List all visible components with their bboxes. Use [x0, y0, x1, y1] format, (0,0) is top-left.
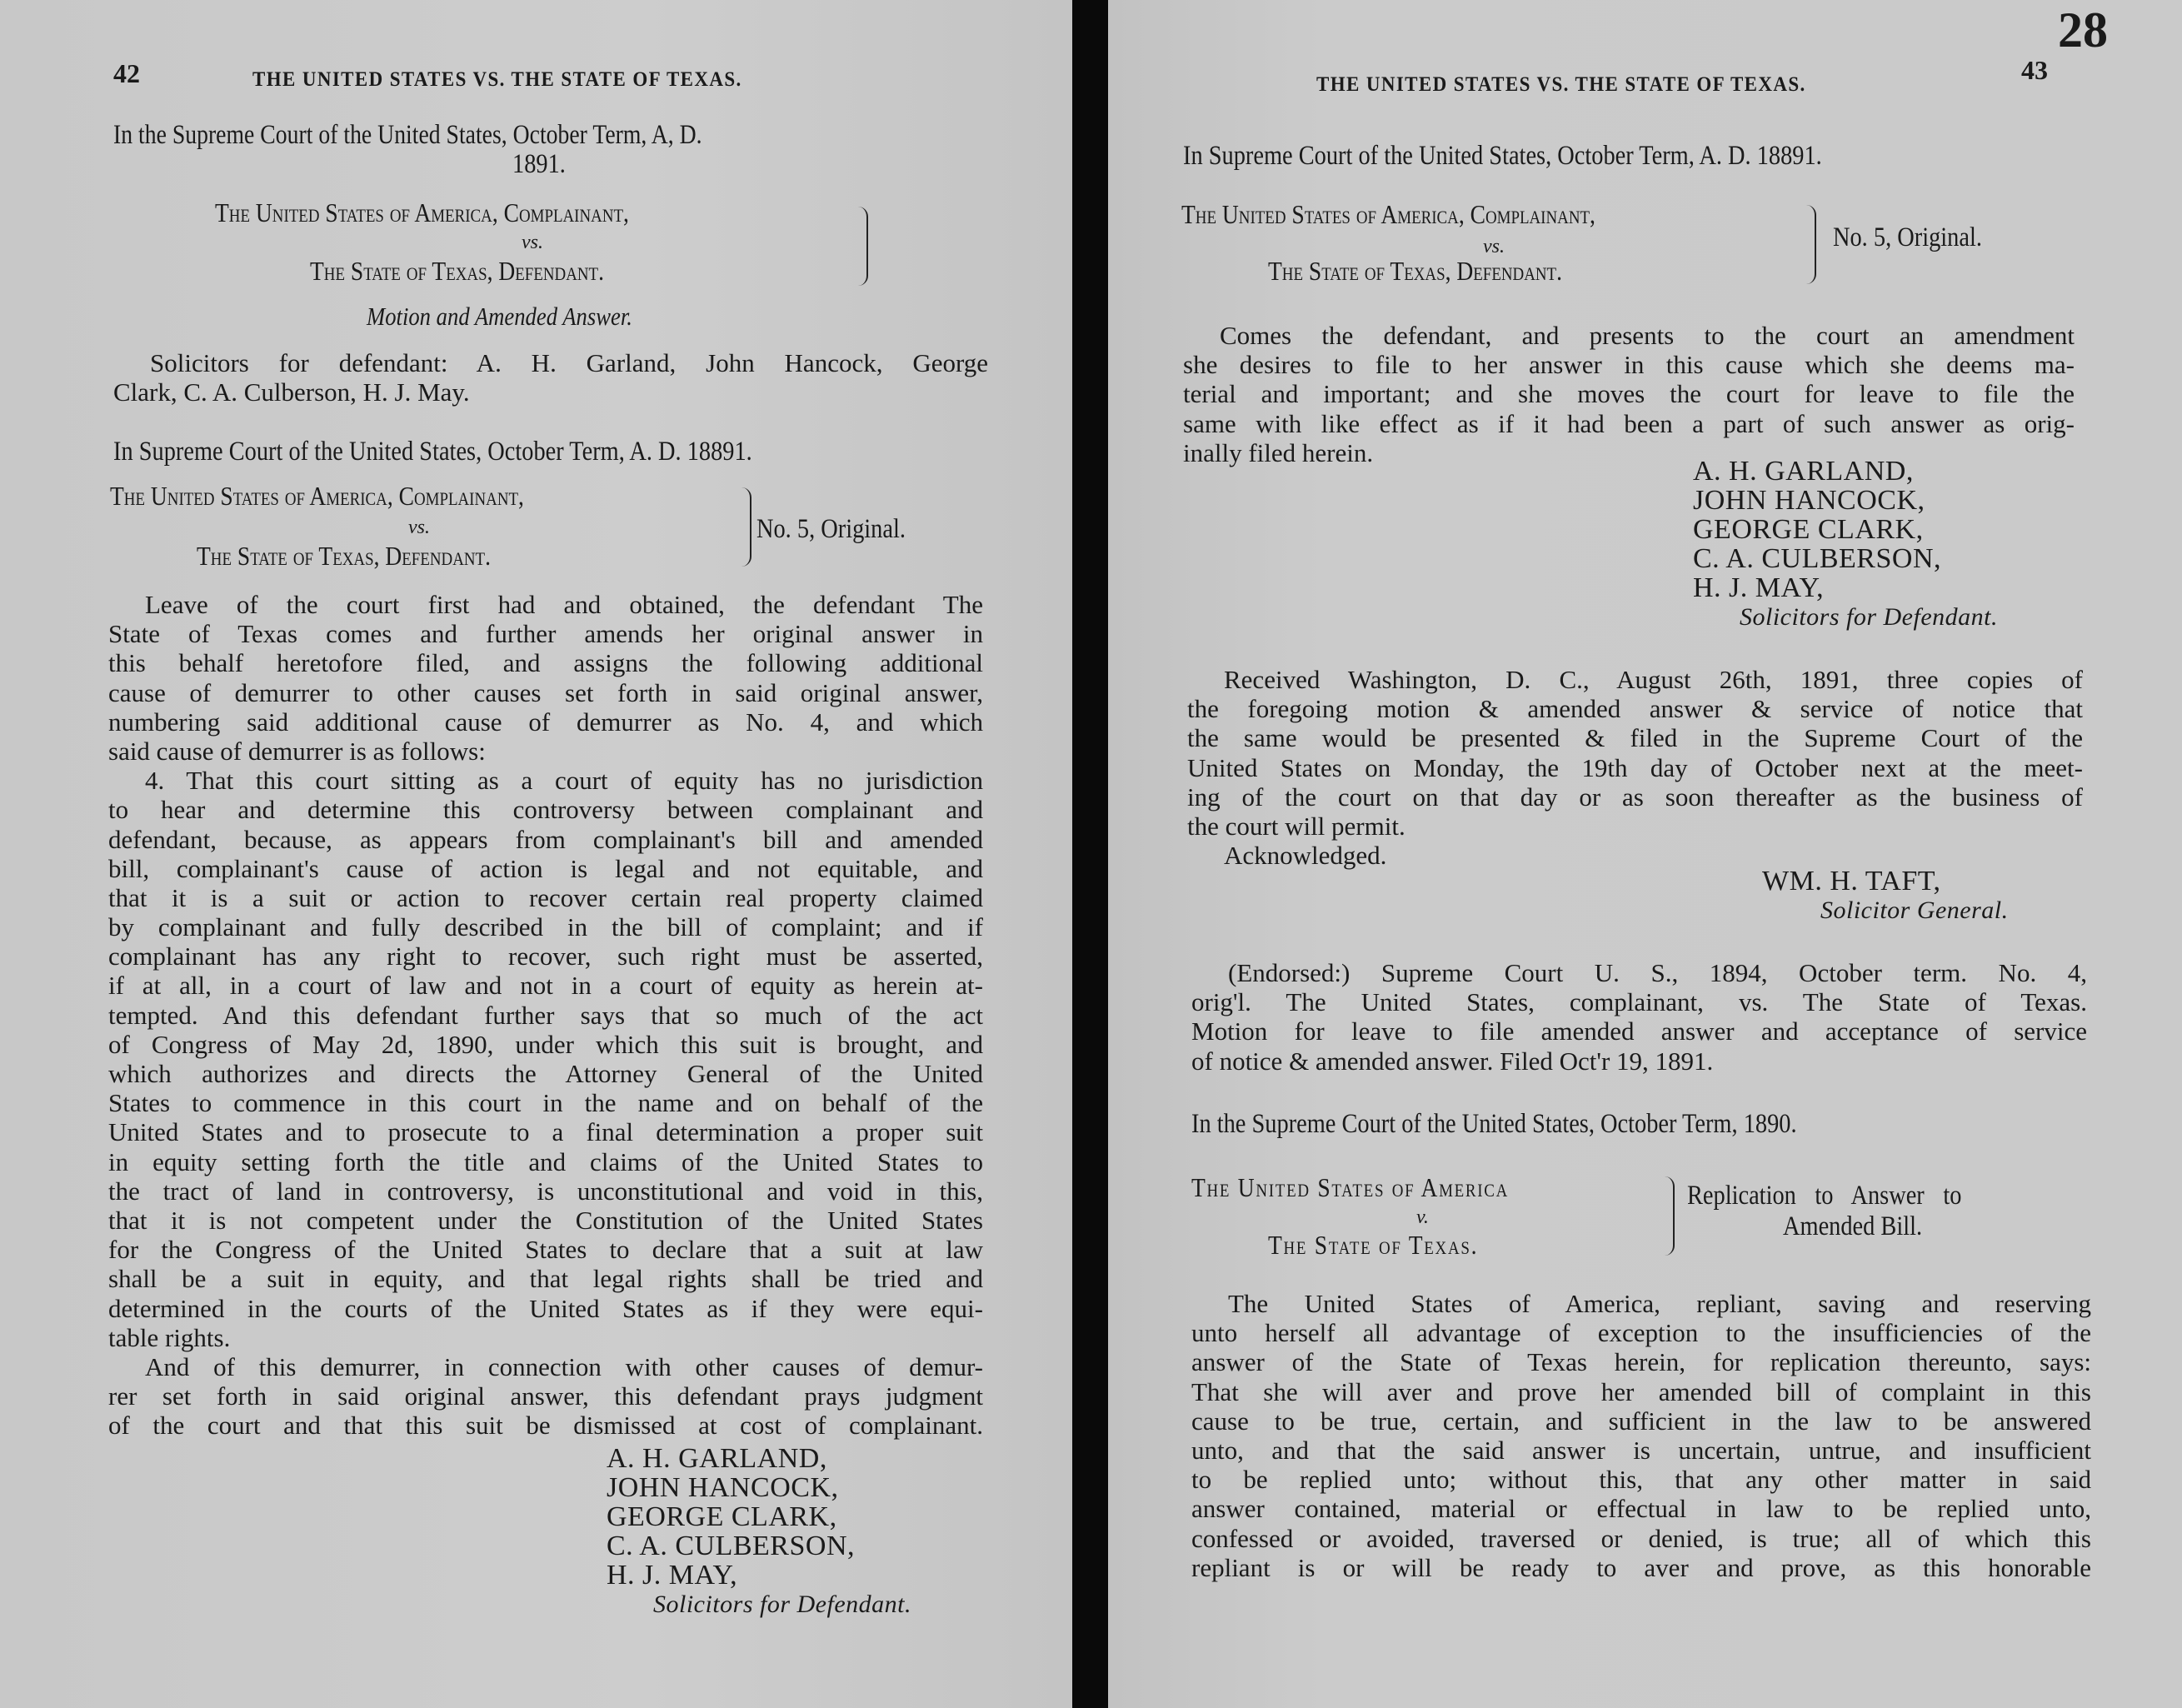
left-page: 42 THE UNITED STATES VS. THE STATE OF TE… — [0, 0, 1072, 1708]
text-line: Received Washington, D. C., August 26th,… — [1187, 665, 2083, 694]
text-line: said cause of demurrer is as follows: — [108, 737, 983, 766]
case-number: No. 5, Original. — [756, 515, 906, 544]
replication-paragraph: The United States of America, repliant, … — [1191, 1289, 2091, 1582]
running-head: THE UNITED STATES VS. THE STATE OF TEXAS… — [1316, 73, 1806, 97]
text-line: Leave of the court first had and obtaine… — [108, 590, 983, 619]
replication-title-2: Amended Bill. — [1783, 1212, 1922, 1241]
text-line: answer of the State of Texas herein, for… — [1191, 1347, 2091, 1376]
vs-label: vs. — [522, 232, 543, 254]
court-line: In Supreme Court of the United States, O… — [1183, 142, 1822, 171]
complainant-line: The United States of America, Complainan… — [215, 198, 629, 227]
text-line: table rights. — [108, 1323, 983, 1352]
solicitors-paragraph: Solicitors for defendant: A. H. Garland,… — [113, 348, 988, 407]
text-line: of notice & amended answer. Filed Oct'r … — [1191, 1046, 2087, 1076]
brace — [741, 487, 751, 567]
text-line: 4. That this court sitting as a court of… — [108, 766, 983, 795]
vs-label: vs. — [1483, 236, 1505, 258]
signatory: C. A. CULBERSON, — [1693, 544, 1998, 573]
text-line: she desires to file to her answer in thi… — [1183, 350, 2075, 379]
endorsement-paragraph: (Endorsed:) Supreme Court U. S., 1894, O… — [1191, 958, 2087, 1076]
signatory: GEORGE CLARK, — [607, 1502, 911, 1531]
stamp-number: 28 — [2058, 2, 2108, 59]
text-line: the same would be presented & filed in t… — [1187, 723, 2083, 752]
signatory: H. J. MAY, — [607, 1561, 911, 1590]
text-line: orig'l. The United States, complainant, … — [1191, 987, 2087, 1016]
text-line: Solicitors for defendant: A. H. Garland,… — [113, 348, 988, 377]
vs-label-2: vs. — [408, 517, 430, 539]
text-line: defendant, because, as appears from comp… — [108, 825, 983, 854]
running-head: THE UNITED STATES VS. THE STATE OF TEXAS… — [252, 68, 742, 92]
text-line: that it is not competent under the Const… — [108, 1206, 983, 1235]
receipt-paragraph: Received Washington, D. C., August 26th,… — [1187, 665, 2083, 870]
text-line: in equity setting forth the title and cl… — [108, 1147, 983, 1176]
signature-block: A. H. GARLAND, JOHN HANCOCK, GEORGE CLAR… — [1693, 457, 1998, 632]
signatory-role: Solicitors for Defendant. — [607, 1590, 911, 1619]
page-number: 43 — [2021, 55, 2048, 86]
defendant-line-2: The State of Texas. — [1268, 1231, 1478, 1260]
page-number: 42 — [113, 58, 140, 89]
text-line: Comes the defendant, and presents to the… — [1183, 321, 2075, 350]
text-line: shall be a suit in equity, and that lega… — [108, 1264, 983, 1293]
text-line: (Endorsed:) Supreme Court U. S., 1894, O… — [1191, 958, 2087, 987]
text-line: to be replied unto; without this, that a… — [1191, 1465, 2091, 1494]
text-line: unto, and that the said answer is uncert… — [1191, 1436, 2091, 1465]
signatory: C. A. CULBERSON, — [607, 1531, 911, 1561]
text-line: United States and to prosecute to a fina… — [108, 1117, 983, 1146]
acknowledger-name: WM. H. TAFT, — [1762, 866, 2009, 896]
text-line: Clark, C. A. Culberson, H. J. May. — [113, 377, 988, 407]
text-line: the foregoing motion & amended answer & … — [1187, 694, 2083, 723]
signatory: GEORGE CLARK, — [1693, 515, 1998, 544]
brace — [1806, 205, 1816, 284]
text-line: United States on Monday, the 19th day of… — [1187, 753, 2083, 782]
court-line: In the Supreme Court of the United State… — [113, 121, 702, 150]
defendant-line: The State of Texas, Defendant. — [310, 257, 604, 286]
text-line: Motion for leave to file amended answer … — [1191, 1016, 2087, 1046]
text-line: numbering said additional cause of demur… — [108, 707, 983, 737]
acknowledger-block: WM. H. TAFT, Solicitor General. — [1762, 866, 2009, 925]
brace — [1665, 1176, 1675, 1256]
text-line: cause to be true, certain, and sufficien… — [1191, 1406, 2091, 1436]
defendant-line-2: The State of Texas, Defendant. — [197, 542, 491, 571]
book-gutter — [1072, 0, 1108, 1708]
complainant-line-2: The United States of America — [1191, 1173, 1509, 1202]
text-line: terial and important; and she moves the … — [1183, 379, 2075, 408]
case-number: No. 5, Original. — [1833, 223, 1982, 252]
text-line: determined in the courts of the United S… — [108, 1294, 983, 1323]
text-line: cause of demurrer to other causes set fo… — [108, 678, 983, 707]
text-line: repliant is or will be ready to aver and… — [1191, 1553, 2091, 1582]
right-page: 28 43 THE UNITED STATES VS. THE STATE OF… — [1108, 0, 2182, 1708]
text-line: by complainant and fully described in th… — [108, 912, 983, 941]
signatory: JOHN HANCOCK, — [607, 1473, 911, 1502]
text-line: for the Congress of the United States to… — [108, 1235, 983, 1264]
signatory: A. H. GARLAND, — [1693, 457, 1998, 486]
text-line: the tract of land in controversy, is unc… — [108, 1176, 983, 1206]
motion-paragraph: Comes the defendant, and presents to the… — [1183, 321, 2075, 467]
complainant-line-2: The United States of America, Complainan… — [110, 482, 524, 511]
text-line: The United States of America, repliant, … — [1191, 1289, 2091, 1318]
text-line: confessed or avoided, traversed or denie… — [1191, 1524, 2091, 1553]
signatory-role: Solicitors for Defendant. — [1693, 602, 1998, 632]
court-line-2: In the Supreme Court of the United State… — [1191, 1110, 1797, 1139]
text-line: bill, complainant's cause of action is l… — [108, 854, 983, 883]
court-year: 1891. — [512, 150, 566, 179]
text-line: unto herself all advantage of exception … — [1191, 1318, 2091, 1347]
text-line: complainant has any right to recover, su… — [108, 941, 983, 971]
defendant-line: The State of Texas, Defendant. — [1268, 257, 1562, 286]
text-line: which authorizes and directs the Attorne… — [108, 1059, 983, 1088]
signatory: H. J. MAY, — [1693, 573, 1998, 602]
signature-block: A. H. GARLAND, JOHN HANCOCK, GEORGE CLAR… — [607, 1444, 911, 1619]
signatory: JOHN HANCOCK, — [1693, 486, 1998, 515]
text-line: tempted. And this defendant further says… — [108, 1001, 983, 1030]
text-line: this behalf heretofore filed, and assign… — [108, 648, 983, 677]
text-line: if at all, in a court of law and not in … — [108, 971, 983, 1000]
document-title: Motion and Amended Answer. — [367, 302, 632, 331]
text-line: answer contained, material or effectual … — [1191, 1494, 2091, 1523]
demurrer-body: Leave of the court first had and obtaine… — [108, 590, 983, 1440]
text-line: the court will permit. — [1187, 812, 2083, 841]
text-line: to hear and determine this controversy b… — [108, 795, 983, 824]
text-line: States to commence in this court in the … — [108, 1088, 983, 1117]
complainant-line: The United States of America, Complainan… — [1181, 200, 1595, 229]
vs-label-2: v. — [1416, 1206, 1429, 1229]
text-line: of Congress of May 2d, 1890, under which… — [108, 1030, 983, 1059]
text-line: rer set forth in said original answer, t… — [108, 1381, 983, 1411]
text-line: And of this demurrer, in connection with… — [108, 1352, 983, 1381]
text-line: State of Texas comes and further amends … — [108, 619, 983, 648]
text-line: of the court and that this suit be dismi… — [108, 1411, 983, 1440]
text-line: same with like effect as if it had been … — [1183, 409, 2075, 438]
text-line: that it is a suit or action to recover c… — [108, 883, 983, 912]
text-line: ing of the court on that day or as soon … — [1187, 782, 2083, 812]
replication-title-1: Replication to Answer to — [1687, 1181, 1961, 1211]
text-line: That she will aver and prove her amended… — [1191, 1377, 2091, 1406]
signatory: A. H. GARLAND, — [607, 1444, 911, 1473]
court-line-2: In Supreme Court of the United States, O… — [113, 437, 752, 467]
brace — [858, 207, 868, 286]
acknowledger-title: Solicitor General. — [1762, 896, 2009, 925]
